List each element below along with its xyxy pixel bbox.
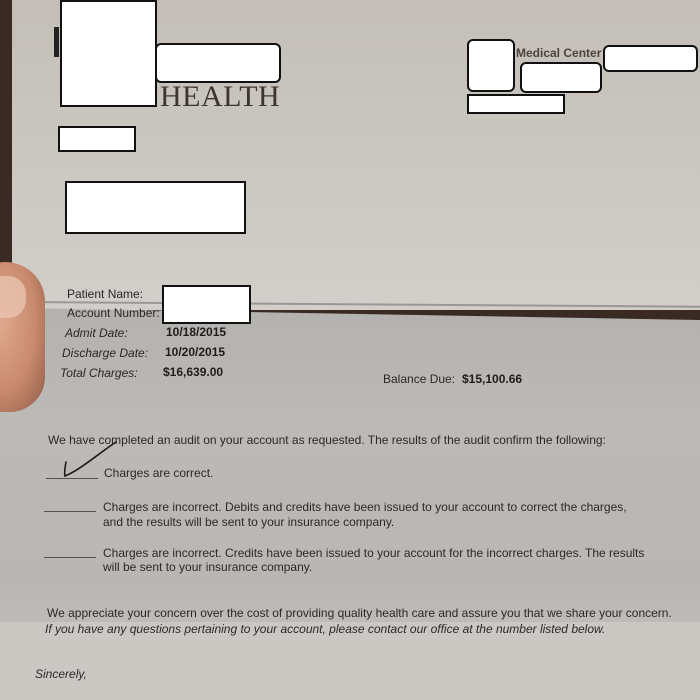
option-1-text: Charges are correct. <box>104 466 213 480</box>
option-2-text-line1: Charges are incorrect. Debits and credit… <box>103 500 627 514</box>
option-3-text-line1: Charges are incorrect. Credits have been… <box>103 546 644 560</box>
admit-date-value: 10/18/2015 <box>166 325 226 339</box>
redacted-facility-address <box>520 62 602 93</box>
closing-line-2: If you have any questions pertaining to … <box>45 622 605 636</box>
total-charges-value: $16,639.00 <box>163 365 223 379</box>
patient-name-label: Patient Name: <box>67 287 143 301</box>
balance-due-value: $15,100.66 <box>462 372 522 386</box>
redacted-org-name <box>155 43 281 83</box>
total-charges-label: Total Charges: <box>60 366 138 380</box>
balance-due-label: Balance Due: <box>383 372 455 386</box>
option-3-text-line2: will be sent to your insurance company. <box>103 560 312 574</box>
redacted-facility-phone <box>467 94 565 114</box>
redacted-date <box>58 126 136 152</box>
redacted-logo <box>60 0 157 107</box>
admit-date-label: Admit Date: <box>65 326 128 340</box>
option-2-text-line2: and the results will be sent to your ins… <box>103 515 394 529</box>
discharge-date-label: Discharge Date: <box>62 346 148 360</box>
option-2-blank <box>44 511 96 512</box>
option-3-blank <box>44 557 96 558</box>
account-number-label: Account Number: <box>67 306 160 320</box>
logo-word: HEALTH <box>160 80 280 114</box>
closing-line-1: We appreciate your concern over the cost… <box>47 606 672 620</box>
redacted-patient-name-account <box>162 285 251 324</box>
redacted-recipient-address <box>65 181 246 234</box>
redacted-facility-logo <box>467 39 515 92</box>
discharge-date-value: 10/20/2015 <box>165 345 225 359</box>
audit-intro: We have completed an audit on your accou… <box>48 433 606 447</box>
signoff: Sincerely, <box>35 667 87 681</box>
facility-label: Medical Center <box>516 46 601 60</box>
logo-mark <box>54 27 59 57</box>
redacted-facility-name <box>603 45 698 72</box>
